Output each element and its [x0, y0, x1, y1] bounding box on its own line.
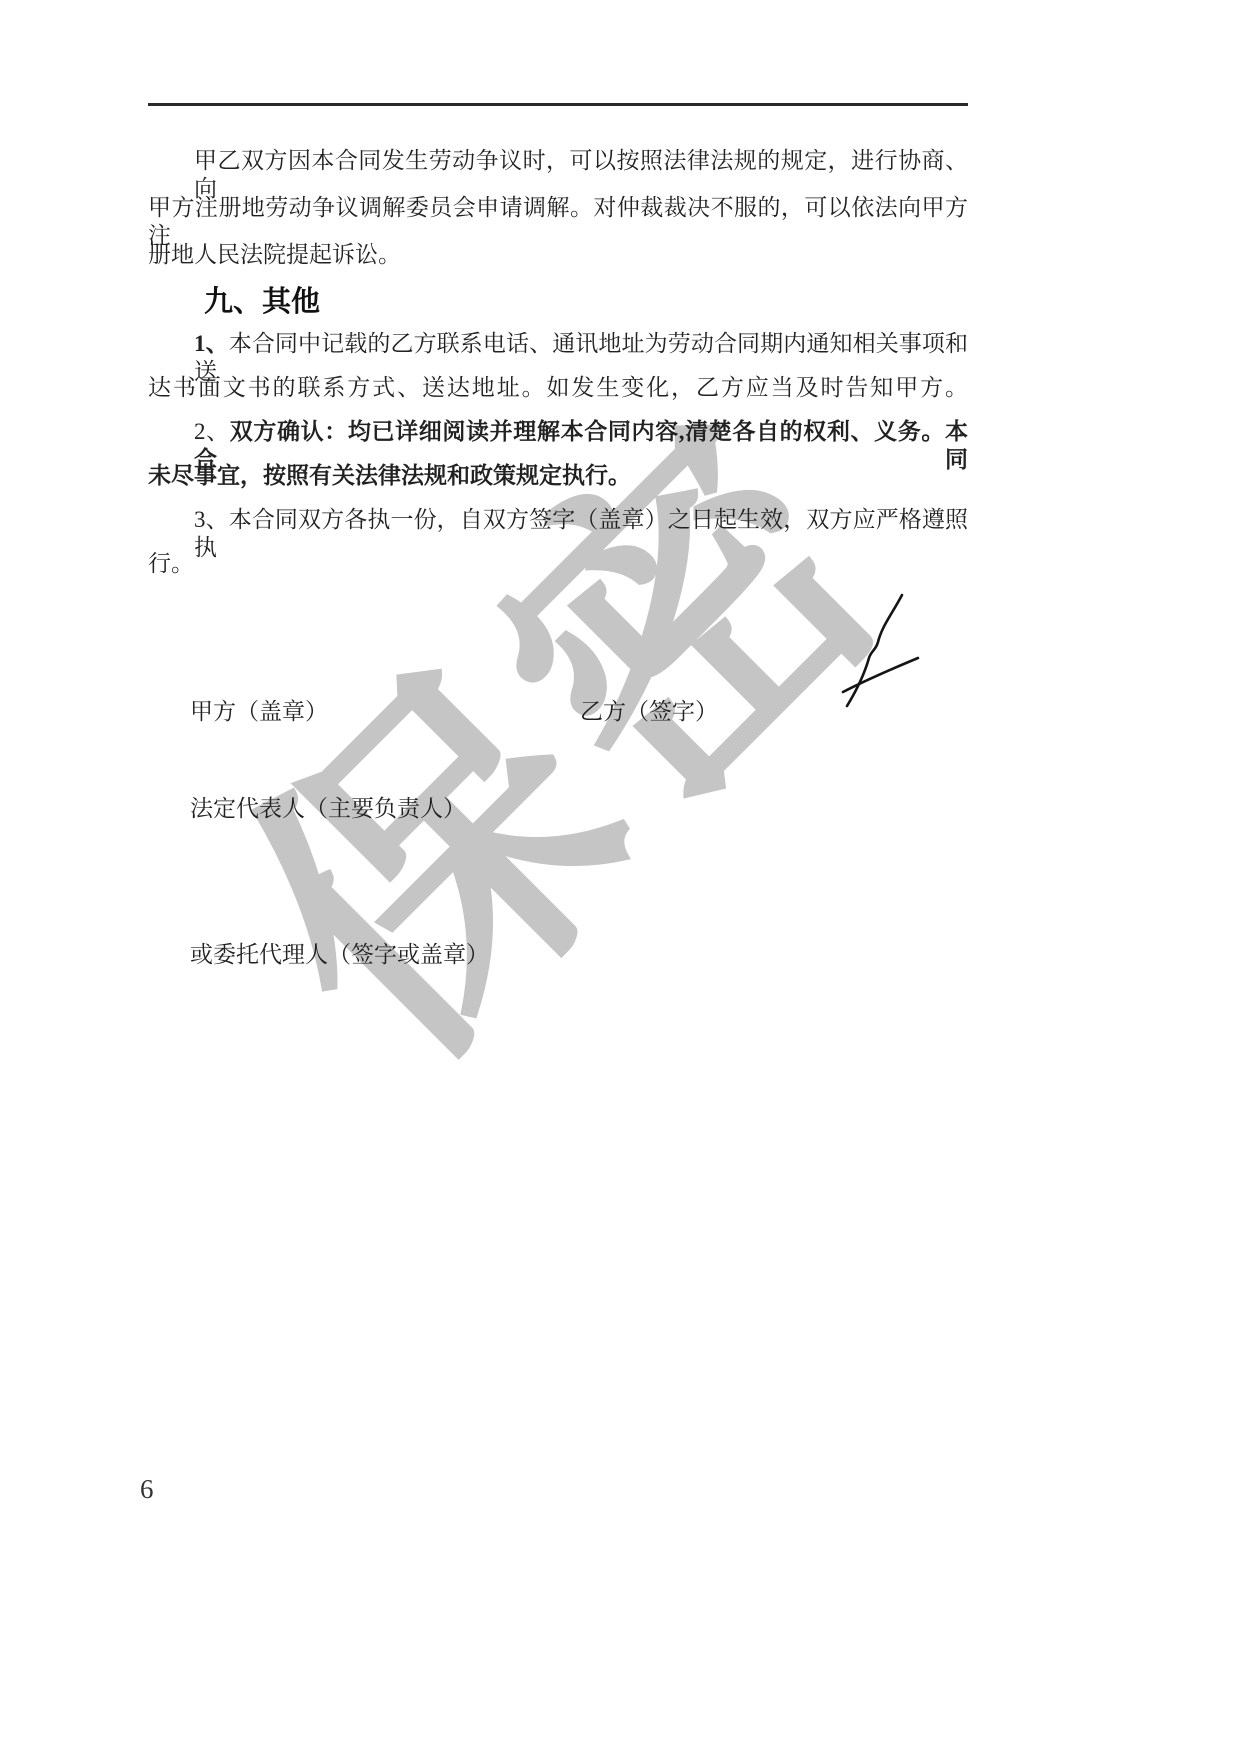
handwritten-signature-mark — [832, 592, 920, 710]
paragraph-line: 册地人民法院提起诉讼。 — [148, 241, 401, 269]
contract-page: 保密 甲乙双方因本合同发生劳动争议时，可以按照法律法规的规定，进行协商、向 甲方… — [0, 0, 1240, 1753]
page-number: 6 — [140, 1474, 154, 1505]
entrusted-agent-label: 或委托代理人（签字或盖章） — [190, 941, 489, 969]
party-b-label: 乙方（签字） — [580, 698, 718, 726]
list-item-line: 行。 — [148, 550, 194, 578]
list-item-line: 达书面文书的联系方式、送达地址。如发生变化，乙方应当及时告知甲方。 — [148, 374, 968, 402]
list-item-line: 3、本合同双方各执一份，自双方签字（盖章）之日起生效，双方应严格遵照执 — [194, 506, 968, 562]
header-rule — [148, 103, 968, 106]
item3-marker: 3、 — [194, 507, 229, 532]
section-heading: 九、其他 — [204, 279, 320, 320]
item1-marker: 1、 — [194, 331, 229, 356]
list-item-line: 未尽事宜，按照有关法律法规和政策规定执行。 — [148, 462, 631, 490]
item2-marker: 2、 — [194, 419, 230, 444]
item3-text: 本合同双方各执一份，自双方签字（盖章）之日起生效，双方应严格遵照执 — [194, 507, 968, 560]
legal-representative-label: 法定代表人（主要负责人） — [190, 795, 466, 823]
party-a-label: 甲方（盖章） — [190, 698, 328, 726]
